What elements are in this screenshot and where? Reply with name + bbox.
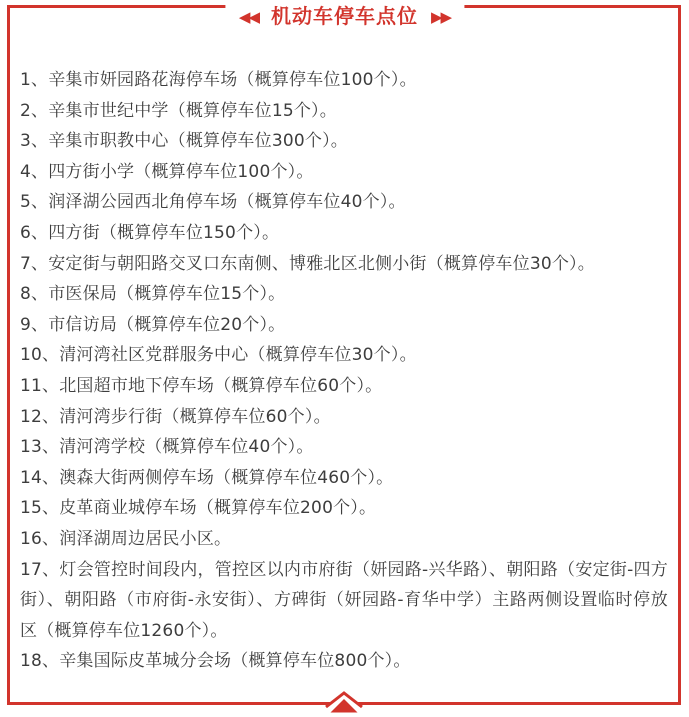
list-item: 7、安定街与朝阳路交叉口东南侧、博雅北区北侧小街（概算停车位30个）。: [20, 249, 668, 280]
list-item: 4、四方街小学（概算停车位100个）。: [20, 157, 668, 188]
page-title: 机动车停车点位: [271, 6, 418, 26]
double-right-arrow-icon: ▶▶: [431, 8, 450, 25]
collapse-up-arrow-icon: [324, 691, 364, 714]
list-item: 14、澳森大街两侧停车场（概算停车位460个）。: [20, 463, 668, 494]
page: ◀◀ 机动车停车点位 ▶▶ 1、辛集市妍园路花海停车场（概算停车位100个）。2…: [0, 0, 689, 717]
list-item: 15、皮革商业城停车场（概算停车位200个）。: [20, 493, 668, 524]
list-item: 17、灯会管控时间段内，管控区以内市府街（妍园路-兴华路）、朝阳路（安定街-四方…: [20, 555, 668, 647]
list-item: 2、辛集市世纪中学（概算停车位15个）。: [20, 96, 668, 127]
list-item: 12、清河湾步行街（概算停车位60个）。: [20, 402, 668, 433]
list-item: 16、润泽湖周边居民小区。: [20, 524, 668, 555]
list-item: 9、市信访局（概算停车位20个）。: [20, 310, 668, 341]
list-item: 1、辛集市妍园路花海停车场（概算停车位100个）。: [20, 65, 668, 96]
list-item: 6、四方街（概算停车位150个）。: [20, 218, 668, 249]
list-item: 11、北国超市地下停车场（概算停车位60个）。: [20, 371, 668, 402]
list-item: 10、清河湾社区党群服务中心（概算停车位30个）。: [20, 340, 668, 371]
parking-list: 1、辛集市妍园路花海停车场（概算停车位100个）。2、辛集市世纪中学（概算停车位…: [10, 8, 678, 677]
list-item: 18、辛集国际皮革城分会场（概算停车位800个）。: [20, 646, 668, 677]
list-item: 3、辛集市职教中心（概算停车位300个）。: [20, 126, 668, 157]
list-item: 8、市医保局（概算停车位15个）。: [20, 279, 668, 310]
double-left-arrow-icon: ◀◀: [239, 8, 258, 25]
list-item: 13、清河湾学校（概算停车位40个）。: [20, 432, 668, 463]
list-item: 5、润泽湖公园西北角停车场（概算停车位40个）。: [20, 187, 668, 218]
title-banner: ◀◀ 机动车停车点位 ▶▶: [225, 1, 464, 29]
